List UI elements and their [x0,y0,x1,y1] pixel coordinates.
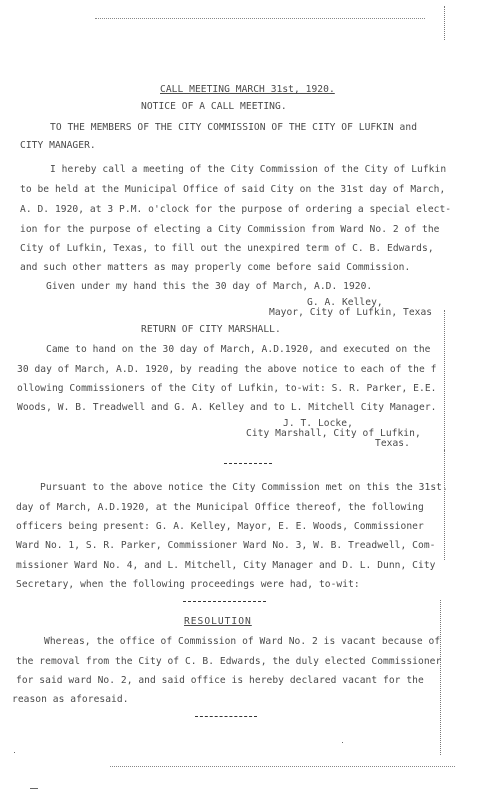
return-body-line: Woods, W. B. Treadwell and G. A. Kelley … [17,402,436,414]
resolution-body-line: for said ward No. 2, and said office is … [16,675,424,687]
resolution-body-line: reason as aforesaid. [12,694,129,706]
return-body-line: Came to hand on the 30 day of March, A.D… [46,344,431,356]
resolution-body-line: Whereas, the office of Commission of War… [44,636,440,648]
scanned-document-page: CALL MEETING MARCH 31st, 1920. NOTICE OF… [0,0,486,800]
notice-heading: NOTICE OF A CALL MEETING. [141,101,287,113]
notice-body-line: to be held at the Municipal Office of sa… [20,184,445,196]
notice-body-line: ion for the purpose of electing a City C… [20,224,439,236]
separator-rule [195,716,257,717]
proceedings-body-line: Secretary, when the following proceeding… [16,579,360,591]
resolution-heading: RESOLUTION [184,616,252,628]
resolution-body-line: the removal from the City of C. B. Edwar… [16,656,441,668]
notice-body-line: A. D. 1920, at 3 P.M. o'clock for the pu… [20,204,451,216]
notice-body-line: City of Lufkin, Texas, to fill out the u… [20,243,434,255]
return-heading: RETURN OF CITY MARSHALL. [141,324,281,336]
scan-margin-noise [440,600,442,755]
scan-margin-noise [444,6,446,40]
marshall-signature-state: Texas. [375,438,410,450]
proceedings-body-line: day of March, A.D.1920, at the Municipal… [16,502,424,514]
scan-speck [30,788,38,789]
proceedings-body-line: Pursuant to the above notice the City Co… [40,482,448,494]
given-line: Given under my hand this the 30 day of M… [46,281,372,293]
separator-rule [224,463,272,464]
proceedings-body-line: missioner Ward No. 4, and L. Mitchell, C… [16,560,435,572]
scan-speck [14,752,15,753]
notice-body-line: and such other matters as may properly c… [20,262,410,274]
scan-noise-bottom [110,766,455,768]
scan-margin-noise [444,310,446,470]
document-title: CALL MEETING MARCH 31st, 1920. [160,84,335,96]
address-line-1: TO THE MEMBERS OF THE CITY COMMISSION OF… [50,122,417,134]
scan-noise-top [95,18,425,20]
mayor-signature-title: Mayor, City of Lufkin, Texas [269,307,432,319]
scan-speck [342,742,343,743]
proceedings-body-line: officers being present: G. A. Kelley, Ma… [16,521,424,533]
proceedings-body-line: Ward No. 1, S. R. Parker, Commissioner W… [16,540,435,552]
scan-margin-noise [444,450,446,560]
separator-rule [183,601,266,602]
address-line-2: CITY MANAGER. [20,140,96,152]
return-body-line: ollowing Commissioners of the City of Lu… [17,383,436,395]
return-body-line: 30 day of March, A.D. 1920, by reading t… [17,364,436,376]
notice-body-line: I hereby call a meeting of the City Comm… [50,164,446,176]
